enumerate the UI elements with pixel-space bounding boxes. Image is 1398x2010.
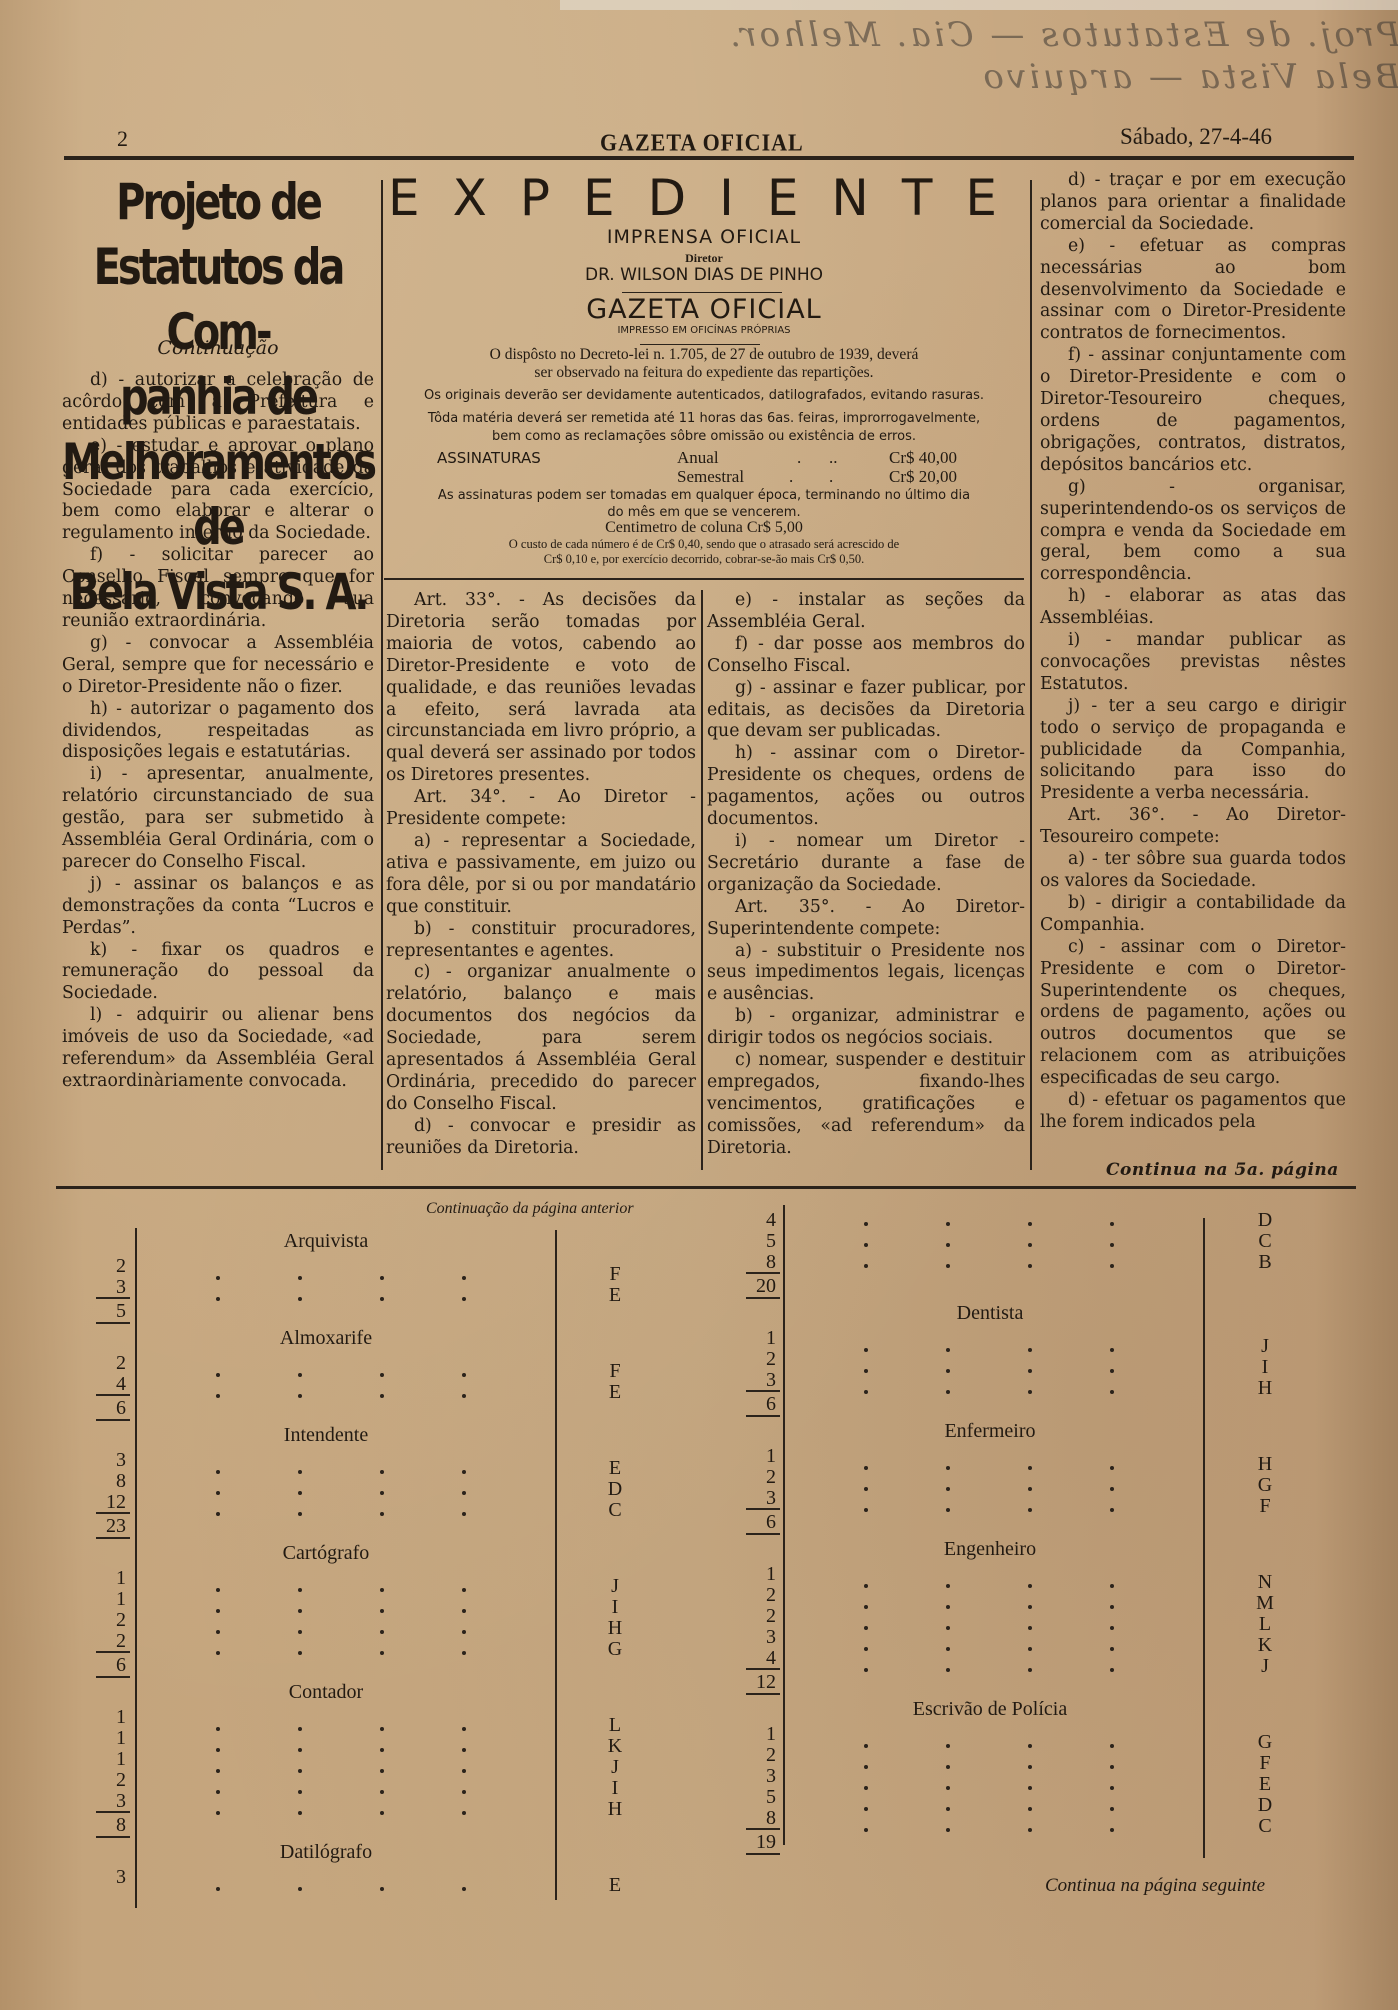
- expediente-director-label: Diretor: [384, 251, 1024, 266]
- total: 5: [86, 1301, 126, 1321]
- leader-dot: [216, 1588, 220, 1592]
- leader-dot: [380, 1727, 384, 1731]
- leader-dot: [462, 1748, 466, 1752]
- paragraph: e) - instalar as seções da Assembléia Ge…: [707, 590, 1025, 634]
- sum-line: [96, 1811, 130, 1813]
- leader-dot: [946, 1264, 950, 1268]
- leader-dot: [298, 1609, 302, 1613]
- quantity: 1: [86, 1728, 126, 1748]
- leader-dot: [298, 1276, 302, 1280]
- paragraph: h) - assinar com o Diretor-Presidente os…: [707, 743, 1025, 831]
- quantity: 1: [86, 1568, 126, 1588]
- quantity: 1: [86, 1589, 126, 1609]
- category-label: Escrivão de Polícia: [840, 1698, 1140, 1721]
- leader-dot: [864, 1466, 868, 1470]
- class-letter: J: [1250, 1656, 1280, 1676]
- expediente-org: IMPRENSA OFICIAL: [384, 226, 1024, 248]
- class-letter: I: [600, 1597, 630, 1617]
- quantity: 1: [86, 1749, 126, 1769]
- paragraph: Art. 33°. - As decisões da Diretoria ser…: [386, 590, 696, 787]
- quantity: 3: [736, 1766, 776, 1786]
- leader-dot: [298, 1491, 302, 1495]
- subscription-note: As assinaturas podem ser tomadas em qual…: [384, 487, 1024, 521]
- class-letter: J: [1250, 1336, 1280, 1356]
- leader-dot: [216, 1276, 220, 1280]
- class-letter: G: [1250, 1732, 1280, 1752]
- handwriting-bleedthrough: Proj. de Estatutos — Cia. Melhor. Bela V…: [640, 14, 1398, 109]
- total: 6: [86, 1398, 126, 1418]
- total: 20: [736, 1276, 776, 1296]
- paragraph: h) - elaborar as atas das Assembléias.: [1040, 586, 1346, 630]
- sum-line: [746, 1390, 780, 1392]
- total: 19: [736, 1832, 776, 1852]
- leader-dot: [298, 1297, 302, 1301]
- table-column-rule: [135, 1228, 137, 1908]
- quantity: 3: [736, 1627, 776, 1647]
- quantity: 12: [86, 1492, 126, 1512]
- paragraph: h) - autorizar o pagamento dos dividendo…: [62, 699, 374, 765]
- leader-dot: [1028, 1786, 1032, 1790]
- quantity: 3: [86, 1791, 126, 1811]
- leader-dot: [1110, 1222, 1114, 1226]
- subscription-annual: Anual ... Cr$ 40,00: [677, 448, 719, 468]
- leader-dot: [380, 1394, 384, 1398]
- category-label: Almoxarife: [176, 1327, 476, 1350]
- class-letter: E: [600, 1285, 630, 1305]
- total: 6: [86, 1655, 126, 1675]
- leader-dot: [864, 1626, 868, 1630]
- sum-line: [96, 1394, 130, 1396]
- article-column-3: e) - instalar as seções da Assembléia Ge…: [707, 590, 1025, 1160]
- class-letter: H: [1250, 1378, 1280, 1398]
- class-letter: D: [1250, 1210, 1280, 1230]
- category-label: Datilógrafo: [176, 1841, 476, 1864]
- class-letter: F: [1250, 1496, 1280, 1516]
- class-letter: H: [1250, 1454, 1280, 1474]
- leader-dot: [216, 1512, 220, 1516]
- leader-dot: [216, 1887, 220, 1891]
- leader-dot: [864, 1264, 868, 1268]
- leader-dot: [462, 1512, 466, 1516]
- leader-dot: [1028, 1807, 1032, 1811]
- subscriptions-label: ASSINATURAS: [437, 449, 541, 467]
- leader-dot: [1110, 1369, 1114, 1373]
- class-letter: J: [600, 1576, 630, 1596]
- leader-dot: [946, 1626, 950, 1630]
- paragraph: c) nomear, suspender e destituir emprega…: [707, 1050, 1025, 1160]
- leader-dot: [1110, 1243, 1114, 1247]
- table-column-rule: [783, 1205, 785, 1845]
- paragraph: b) - constituir procuradores, representa…: [386, 919, 696, 963]
- paragraph: f) - assinar conjuntamente com o Diretor…: [1040, 345, 1346, 476]
- paragraph: d) - convocar e presidir as reuniões da …: [386, 1116, 696, 1160]
- leader-dot: [462, 1887, 466, 1891]
- expediente-bottom-rule: [384, 578, 1024, 580]
- leader-dot: [1028, 1369, 1032, 1373]
- leader-dot: [864, 1744, 868, 1748]
- leader-dot: [1028, 1264, 1032, 1268]
- section-rule: [56, 1186, 1356, 1189]
- leader-dot: [298, 1811, 302, 1815]
- leader-dot: [380, 1887, 384, 1891]
- paragraph: Art. 36°. - Ao Diretor-Tesoureiro compet…: [1040, 805, 1346, 849]
- leader-dot: [864, 1369, 868, 1373]
- leader-dot: [380, 1470, 384, 1474]
- paragraph: a) - ter sôbre sua guarda todos os valor…: [1040, 849, 1346, 893]
- leader-dot: [1110, 1390, 1114, 1394]
- table-column-rule: [1203, 1218, 1205, 1858]
- paragraph: j) - assinar os balanços e as demonstraç…: [62, 874, 374, 940]
- leader-dot: [864, 1765, 868, 1769]
- class-letter: B: [1250, 1252, 1280, 1272]
- class-letter: I: [1250, 1357, 1280, 1377]
- category-label: Arquivista: [176, 1230, 476, 1253]
- class-letter: D: [600, 1479, 630, 1499]
- quantity: 1: [736, 1446, 776, 1466]
- leader-dot: [380, 1276, 384, 1280]
- quantity: 3: [736, 1370, 776, 1390]
- total: 6: [736, 1512, 776, 1532]
- leader-dot: [1028, 1744, 1032, 1748]
- paragraph: a) - representar a Sociedade, ativa e pa…: [386, 831, 696, 919]
- leader-dot: [1028, 1466, 1032, 1470]
- leader-dot: [946, 1647, 950, 1651]
- originals-notice: Os originais deverão ser devidamente aut…: [384, 388, 1024, 403]
- leader-dot: [1028, 1828, 1032, 1832]
- leader-dot: [298, 1790, 302, 1794]
- leader-dot: [1110, 1828, 1114, 1832]
- subscription-semester: Semestral .. Cr$ 20,00: [677, 467, 744, 487]
- header-rule: [64, 156, 1354, 160]
- class-letter: H: [600, 1618, 630, 1638]
- quantity: 2: [86, 1256, 126, 1276]
- leader-dot: [462, 1394, 466, 1398]
- leader-dot: [462, 1609, 466, 1613]
- paragraph: f) - dar posse aos membros do Conselho F…: [707, 634, 1025, 678]
- page-number: 2: [117, 126, 128, 152]
- leader-dot: [1028, 1508, 1032, 1512]
- divider: [622, 292, 782, 293]
- quantity: 1: [736, 1564, 776, 1584]
- sum-line: [746, 1693, 780, 1695]
- class-letter: L: [1250, 1614, 1280, 1634]
- leader-dot: [1028, 1348, 1032, 1352]
- leader-dot: [864, 1508, 868, 1512]
- leader-dot: [946, 1508, 950, 1512]
- total: 23: [86, 1516, 126, 1536]
- quantity: 8: [736, 1252, 776, 1272]
- sum-line: [746, 1828, 780, 1830]
- leader-dot: [462, 1373, 466, 1377]
- table-continues-note: Continua na página seguinte: [1045, 1875, 1265, 1897]
- leader-dot: [946, 1584, 950, 1588]
- leader-dot: [462, 1276, 466, 1280]
- leader-dot: [1110, 1605, 1114, 1609]
- column-divider: [1030, 180, 1032, 1170]
- paper-torn-edge: [560, 0, 1398, 10]
- class-letter: C: [1250, 1231, 1280, 1251]
- class-letter: E: [600, 1875, 630, 1895]
- leader-dot: [462, 1588, 466, 1592]
- leader-dot: [462, 1790, 466, 1794]
- sum-line: [96, 1512, 130, 1514]
- leader-dot: [380, 1512, 384, 1516]
- sum-line: [96, 1419, 130, 1421]
- issue-date: Sábado, 27-4-46: [1120, 124, 1272, 150]
- leader-dot: [380, 1651, 384, 1655]
- leader-dot: [946, 1369, 950, 1373]
- quantity: 2: [86, 1353, 126, 1373]
- leader-dot: [1110, 1348, 1114, 1352]
- leader-dot: [216, 1790, 220, 1794]
- leader-dot: [946, 1765, 950, 1769]
- quantity: 5: [736, 1231, 776, 1251]
- paragraph: d) - autorizar a celebração de acôrdo co…: [62, 370, 374, 436]
- quantity: 1: [86, 1707, 126, 1727]
- leader-dot: [946, 1243, 950, 1247]
- class-letter: K: [600, 1736, 630, 1756]
- leader-dot: [1028, 1390, 1032, 1394]
- expediente-director-name: DR. WILSON DIAS DE PINHO: [384, 265, 1024, 285]
- leader-dot: [216, 1811, 220, 1815]
- leader-dot: [1110, 1487, 1114, 1491]
- leader-dot: [216, 1651, 220, 1655]
- leader-dot: [1028, 1765, 1032, 1769]
- sum-line: [746, 1853, 780, 1855]
- class-letter: N: [1250, 1572, 1280, 1592]
- leader-dot: [1028, 1605, 1032, 1609]
- quantity: 4: [86, 1374, 126, 1394]
- leader-dot: [380, 1609, 384, 1613]
- leader-dot: [216, 1297, 220, 1301]
- leader-dot: [946, 1807, 950, 1811]
- quantity: 2: [736, 1745, 776, 1765]
- class-letter: H: [600, 1799, 630, 1819]
- leader-dot: [216, 1373, 220, 1377]
- class-letter: M: [1250, 1593, 1280, 1613]
- quantity: 2: [86, 1631, 126, 1651]
- leader-dot: [298, 1651, 302, 1655]
- paragraph: g) - convocar a Assembléia Geral, sempre…: [62, 633, 374, 699]
- leader-dot: [1110, 1466, 1114, 1470]
- class-letter: C: [1250, 1816, 1280, 1836]
- paragraph: k) - fixar os quadros e remuneração do p…: [62, 940, 374, 1006]
- quantity: 4: [736, 1210, 776, 1230]
- leader-dot: [864, 1786, 868, 1790]
- sum-line: [746, 1508, 780, 1510]
- sum-line: [96, 1322, 130, 1324]
- column-divider: [701, 590, 703, 1170]
- quantity: 3: [86, 1450, 126, 1470]
- quantity: 2: [86, 1770, 126, 1790]
- quantity: 2: [736, 1585, 776, 1605]
- masthead: GAZETA OFICIAL: [600, 129, 804, 158]
- quantity: 4: [736, 1648, 776, 1668]
- leader-dot: [864, 1243, 868, 1247]
- leader-dot: [1028, 1668, 1032, 1672]
- table-continuation-header: Continuação da página anterior: [426, 1200, 634, 1218]
- leader-dot: [946, 1744, 950, 1748]
- leader-dot: [462, 1811, 466, 1815]
- category-label: Engenheiro: [840, 1538, 1140, 1561]
- quantity: 8: [86, 1471, 126, 1491]
- sum-line: [96, 1836, 130, 1838]
- expediente-paper-name: GAZETA OFICIAL: [384, 294, 1024, 325]
- leader-dot: [864, 1828, 868, 1832]
- paragraph: g) - assinar e fazer publicar, por edita…: [707, 678, 1025, 744]
- leader-dot: [462, 1727, 466, 1731]
- leader-dot: [298, 1373, 302, 1377]
- leader-dot: [216, 1630, 220, 1634]
- leader-dot: [946, 1390, 950, 1394]
- quantity: 2: [736, 1606, 776, 1626]
- quantity: 2: [736, 1349, 776, 1369]
- category-label: Enfermeiro: [840, 1420, 1140, 1443]
- article-column-1: d) - autorizar a celebração de acôrdo co…: [62, 370, 374, 1093]
- leader-dot: [298, 1588, 302, 1592]
- leader-dot: [380, 1630, 384, 1634]
- paragraph: i) - mandar publicar as convocações prev…: [1040, 630, 1346, 696]
- leader-dot: [1028, 1626, 1032, 1630]
- leader-dot: [864, 1605, 868, 1609]
- leader-dot: [298, 1630, 302, 1634]
- leader-dot: [216, 1470, 220, 1474]
- class-letter: G: [1250, 1475, 1280, 1495]
- paragraph: a) - substituir o Presidente nos seus im…: [707, 941, 1025, 1007]
- paragraph: Art. 35°. - Ao Diretor-Superintendente c…: [707, 897, 1025, 941]
- leader-dot: [380, 1297, 384, 1301]
- sum-line: [746, 1533, 780, 1535]
- paragraph: b) - dirigir a contabilidade da Companhi…: [1040, 893, 1346, 937]
- leader-dot: [380, 1748, 384, 1752]
- leader-dot: [946, 1348, 950, 1352]
- sum-line: [746, 1415, 780, 1417]
- paragraph: e) - efetuar as compras necessárias ao b…: [1040, 236, 1346, 346]
- leader-dot: [946, 1605, 950, 1609]
- leader-dot: [298, 1769, 302, 1773]
- leader-dot: [864, 1348, 868, 1352]
- leader-dot: [864, 1584, 868, 1588]
- cost-note: O custo de cada número é de Cr$ 0,40, se…: [384, 537, 1024, 567]
- class-letter: J: [600, 1757, 630, 1777]
- leader-dot: [1028, 1647, 1032, 1651]
- leader-dot: [1110, 1626, 1114, 1630]
- quantity: 3: [86, 1867, 126, 1887]
- paragraph: g) - organisar, superintendendo-os os se…: [1040, 477, 1346, 587]
- leader-dot: [1110, 1786, 1114, 1790]
- leader-dot: [380, 1790, 384, 1794]
- leader-dot: [864, 1487, 868, 1491]
- class-letter: K: [1250, 1635, 1280, 1655]
- class-letter: E: [1250, 1774, 1280, 1794]
- leader-dot: [462, 1491, 466, 1495]
- quantity: 5: [736, 1787, 776, 1807]
- class-letter: I: [600, 1778, 630, 1798]
- total: 8: [86, 1815, 126, 1835]
- quantity: 1: [736, 1724, 776, 1744]
- leader-dot: [864, 1668, 868, 1672]
- class-letter: E: [600, 1382, 630, 1402]
- quantity: 1: [736, 1328, 776, 1348]
- paragraph: Art. 34°. - Ao Diretor - Presidente comp…: [386, 787, 696, 831]
- paragraph: c) - assinar com o Diretor-Presidente e …: [1040, 937, 1346, 1090]
- leader-dot: [1110, 1647, 1114, 1651]
- expediente-title: EXPEDIENTE: [388, 170, 1028, 226]
- leader-dot: [1110, 1584, 1114, 1588]
- total: 6: [736, 1394, 776, 1414]
- column-price: Centimetro de coluna Cr$ 5,00: [384, 519, 1024, 537]
- leader-dot: [462, 1470, 466, 1474]
- article-column-2: Art. 33°. - As decisões da Diretoria ser…: [386, 590, 696, 1160]
- leader-dot: [1028, 1243, 1032, 1247]
- leader-dot: [298, 1394, 302, 1398]
- leader-dot: [1028, 1487, 1032, 1491]
- leader-dot: [946, 1668, 950, 1672]
- divider: [640, 344, 760, 345]
- paragraph: d) - efetuar os pagamentos que lhe forem…: [1040, 1090, 1346, 1134]
- sum-line: [96, 1651, 130, 1653]
- class-letter: F: [1250, 1753, 1280, 1773]
- leader-dot: [1110, 1264, 1114, 1268]
- sum-line: [746, 1272, 780, 1274]
- paragraph: f) - solicitar parecer ao Conselho Fisca…: [62, 545, 374, 633]
- leader-dot: [864, 1807, 868, 1811]
- quantity: 8: [736, 1808, 776, 1828]
- leader-dot: [216, 1394, 220, 1398]
- leader-dot: [462, 1297, 466, 1301]
- category-label: Cartógrafo: [176, 1542, 476, 1565]
- category-label: Contador: [176, 1681, 476, 1704]
- leader-dot: [1110, 1668, 1114, 1672]
- sum-line: [746, 1668, 780, 1670]
- leader-dot: [216, 1609, 220, 1613]
- leader-dot: [946, 1828, 950, 1832]
- paragraph: j) - ter a seu cargo e dirigir todo o se…: [1040, 696, 1346, 806]
- leader-dot: [1110, 1807, 1114, 1811]
- leader-dot: [380, 1588, 384, 1592]
- leader-dot: [1028, 1584, 1032, 1588]
- expediente-printed: IMPRESSO EM OFICÍNAS PRÓPRIAS: [384, 325, 1024, 336]
- continued-note: Continua na 5a. página: [1106, 1160, 1339, 1180]
- leader-dot: [216, 1491, 220, 1495]
- leader-dot: [216, 1748, 220, 1752]
- leader-dot: [380, 1769, 384, 1773]
- leader-dot: [1110, 1744, 1114, 1748]
- leader-dot: [380, 1491, 384, 1495]
- leader-dot: [298, 1887, 302, 1891]
- leader-dot: [1110, 1508, 1114, 1512]
- leader-dot: [380, 1373, 384, 1377]
- class-letter: E: [600, 1458, 630, 1478]
- table-column-rule: [555, 1230, 557, 1900]
- leader-dot: [864, 1647, 868, 1651]
- sum-line: [746, 1297, 780, 1299]
- sum-line: [96, 1537, 130, 1539]
- leader-dot: [1028, 1222, 1032, 1226]
- sum-line: [96, 1676, 130, 1678]
- leader-dot: [864, 1222, 868, 1226]
- sum-line: [96, 1297, 130, 1299]
- total: 12: [736, 1672, 776, 1692]
- quantity: 2: [86, 1610, 126, 1630]
- paragraph: c) - organizar anualmente o relatório, b…: [386, 962, 696, 1115]
- category-label: Dentista: [840, 1302, 1140, 1325]
- leader-dot: [864, 1390, 868, 1394]
- leader-dot: [298, 1470, 302, 1474]
- paragraph: e) - estudar e aprovar o plano geral dos…: [62, 436, 374, 546]
- quantity: 3: [736, 1488, 776, 1508]
- leader-dot: [946, 1222, 950, 1226]
